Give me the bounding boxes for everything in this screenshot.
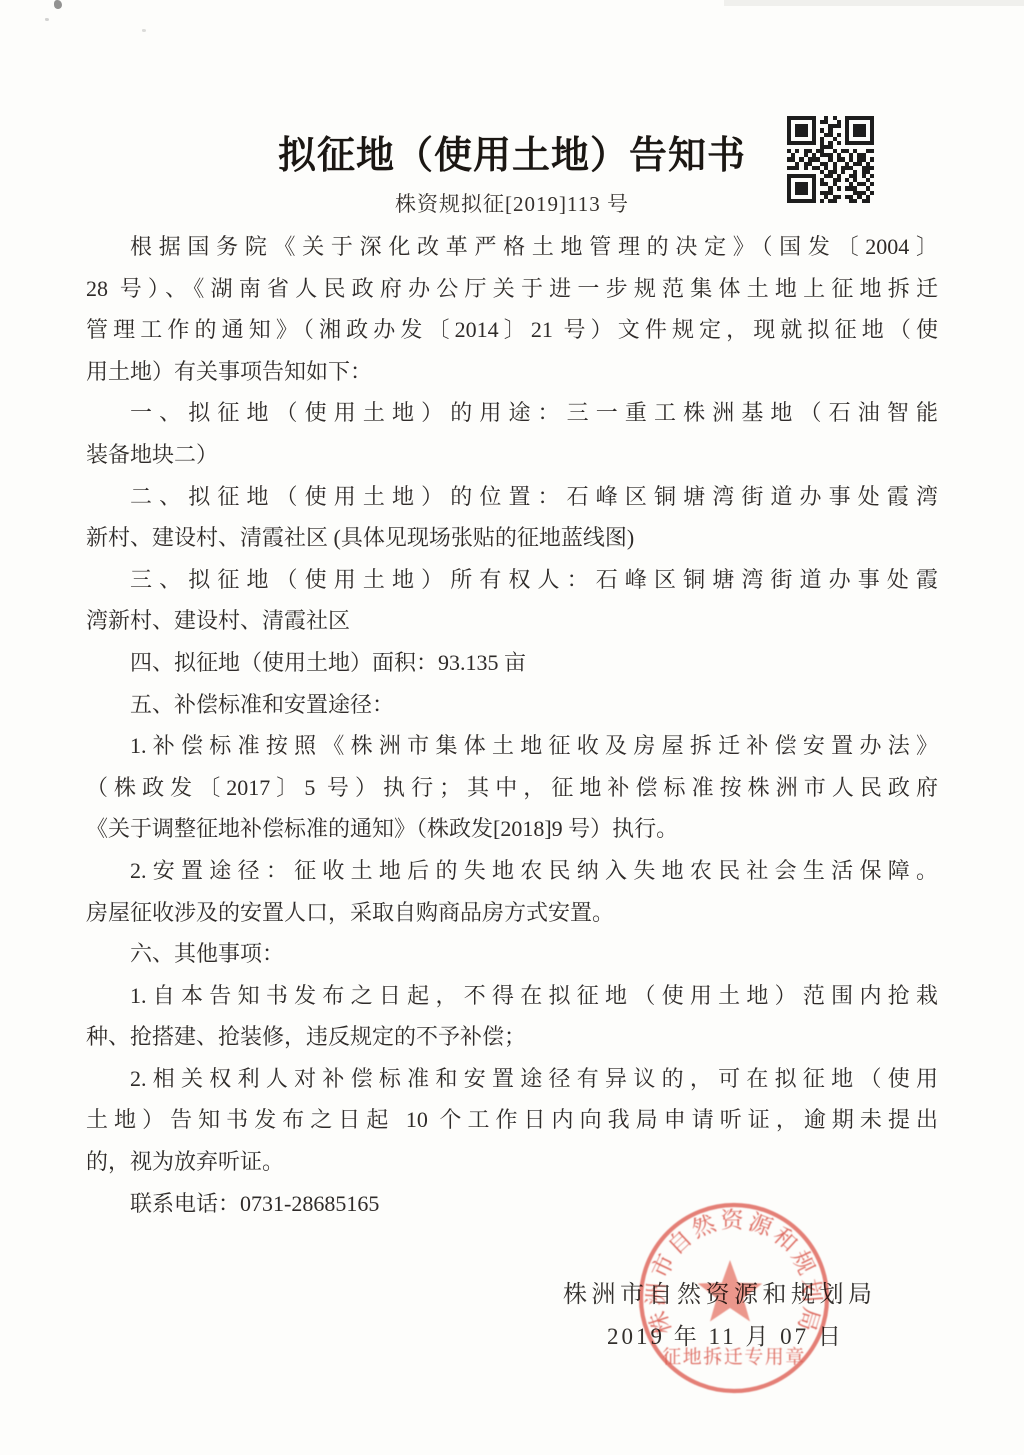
document-body: 根据国务院《关于深化改革严格土地管理的决定》（国发〔2004〕28 号）、《湖南…: [86, 226, 938, 1224]
body-line: 1.补偿标准按照《株洲市集体土地征收及房屋拆迁补偿安置办法》: [86, 725, 938, 767]
body-line: 种、抢搭建、抢装修，违反规定的不予补偿；: [86, 1016, 938, 1058]
body-line: 的，视为放弃听证。: [86, 1141, 938, 1183]
qr-module: [870, 199, 874, 203]
body-line: 房屋征收涉及的安置人口，采取自购商品房方式安置。: [86, 892, 938, 934]
qr-code: [787, 116, 874, 203]
body-line: 新村、建设村、清霞社区 (具体见现场张贴的征地蓝线图): [86, 517, 938, 559]
body-line: 2.相关权利人对补偿标准和安置途径有异议的，可在拟征地（使用: [86, 1058, 938, 1100]
document-page: 拟征地（使用土地）告知书 株资规拟征[2019]113 号 根据国务院《关于深化…: [0, 0, 1024, 1455]
body-line: 五、补偿标准和安置途径：: [86, 684, 938, 726]
body-line: 一、拟征地（使用土地）的用途：三一重工株洲基地（石油智能: [86, 392, 938, 434]
scan-artifact: [54, 0, 62, 9]
body-line: 三、拟征地（使用土地）所有权人：石峰区铜塘湾街道办事处霞: [86, 559, 938, 601]
body-line: 二、拟征地（使用土地）的位置：石峰区铜塘湾街道办事处霞湾: [86, 476, 938, 518]
body-line: 28 号）、《湖南省人民政府办公厅关于进一步规范集体土地上征地拆迁: [86, 268, 938, 310]
body-line: 六、其他事项：: [86, 933, 938, 975]
body-line: 《关于调整征地补偿标准的通知》（株政发[2018]9 号）执行。: [86, 808, 938, 850]
scan-artifact: [45, 18, 49, 21]
body-line: 联系电话：0731-28685165: [86, 1183, 938, 1225]
issuing-agency: 株洲市自然资源和规划局: [563, 1274, 877, 1309]
scan-artifact: [142, 29, 146, 32]
body-line: 1.自本告知书发布之日起，不得在拟征地（使用土地）范围内抢栽: [86, 975, 938, 1017]
scan-artifact: [724, 0, 1024, 6]
body-line: 用土地）有关事项告知如下：: [86, 351, 938, 393]
body-line: 管理工作的通知》（湘政办发〔2014〕21 号）文件规定，现就拟征地（使: [86, 309, 938, 351]
body-line: （株政发〔2017〕5 号）执行；其中，征地补偿标准按株洲市人民政府: [86, 767, 938, 809]
body-line: 根据国务院《关于深化改革严格土地管理的决定》（国发〔2004〕: [86, 226, 938, 268]
body-line: 2.安置途径：征收土地后的失地农民纳入失地农民社会生活保障。: [86, 850, 938, 892]
body-line: 装备地块二）: [86, 434, 938, 476]
body-line: 四、拟征地（使用土地）面积：93.135 亩: [86, 642, 938, 684]
body-line: 土地）告知书发布之日起 10 个工作日内向我局申请听证，逾期未提出: [86, 1099, 938, 1141]
issue-date: 2019 年 11 月 07 日: [607, 1318, 844, 1351]
body-line: 湾新村、建设村、清霞社区: [86, 600, 938, 642]
